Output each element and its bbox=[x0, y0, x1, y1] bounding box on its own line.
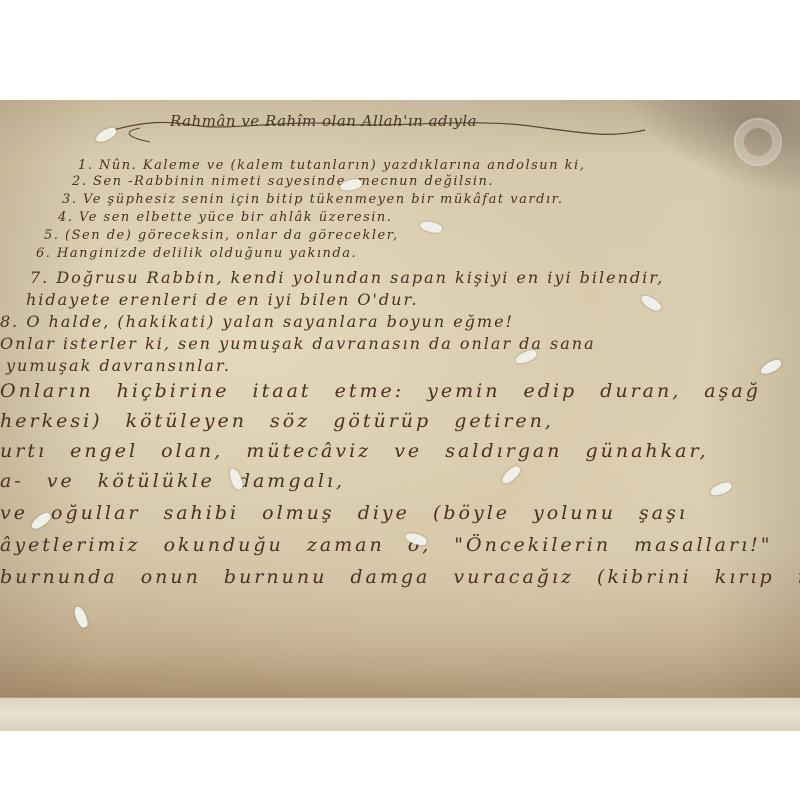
verse-line: urtı engel olan, mütecâviz ve saldırgan … bbox=[0, 440, 709, 462]
verse-line: 4. Ve sen elbette yüce bir ahlâk üzeresi… bbox=[58, 210, 392, 225]
verse-line: 3. Ve şüphesiz senin için bitip tükenmey… bbox=[62, 192, 564, 207]
verse-line: 2. Sen -Rabbinin nimeti sayesinde- mecnu… bbox=[72, 174, 494, 189]
top-background bbox=[0, 0, 800, 100]
verse-line: Onlar isterler ki, sen yumuşak davranası… bbox=[0, 334, 596, 353]
bottom-background bbox=[0, 731, 800, 800]
verse-line: Onların hiçbirine itaat etme: yemin edip… bbox=[0, 380, 761, 402]
swirl-ornament-icon bbox=[734, 118, 782, 166]
verse-line: 1. Nûn. Kaleme ve (kalem tutanların) yaz… bbox=[78, 158, 585, 173]
verse-line: a- ve kötülükle damgalı, bbox=[0, 470, 345, 492]
verse-line: herkesi) kötüleyen söz götürüp getiren, bbox=[0, 410, 554, 432]
verse-line: ve oğullar sahibi olmuş diye (böyle yolu… bbox=[0, 502, 688, 524]
verse-line: burnunda onun burnunu damga vuracağız (k… bbox=[0, 566, 800, 588]
verse-line: 6. Hanginizde delilik olduğunu yakında. bbox=[36, 246, 357, 261]
verse-line: 5. (Sen de) göreceksin, onlar da görecek… bbox=[44, 228, 399, 243]
verse-line: âyetlerimiz okunduğu zaman o, "Öncekiler… bbox=[0, 534, 773, 556]
verse-line: 8. O halde, (hakikati) yalan sayanlara b… bbox=[0, 312, 514, 331]
verse-line: yumuşak davransınlar. bbox=[6, 356, 231, 375]
title-basmala: Rahmân ve Rahîm olan Allah'ın adıyla bbox=[170, 112, 477, 130]
verse-line: 7. Doğrusu Rabbin, kendi yolundan sapan … bbox=[30, 268, 664, 287]
verse-line: hidayete erenleri de en iyi bilen O'dur. bbox=[26, 290, 418, 309]
paper-bottom-edge bbox=[0, 697, 800, 732]
